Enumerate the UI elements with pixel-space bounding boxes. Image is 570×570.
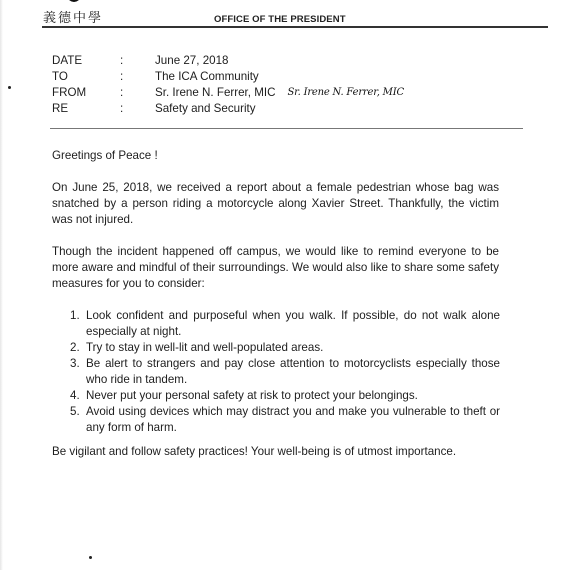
memo-label: TO: [52, 69, 120, 85]
safety-measures-list: 1.Look confident and purposeful when you…: [70, 308, 500, 436]
memo-row-re: RE : Safety and Security: [52, 101, 404, 117]
memo-label: FROM: [52, 85, 120, 101]
memo-page: 義德中學 OFFICE OF THE PRESIDENT DATE : June…: [0, 0, 570, 570]
memo-header: DATE : June 27, 2018 TO : The ICA Commun…: [52, 53, 404, 117]
memo-row-date: DATE : June 27, 2018: [52, 53, 404, 69]
memo-label: DATE: [52, 53, 120, 69]
school-name: 義德中學: [43, 7, 103, 26]
list-text: Try to stay in well-lit and well-populat…: [86, 340, 500, 356]
memo-colon: :: [120, 85, 155, 101]
memo-colon: :: [120, 69, 155, 85]
memo-value: June 27, 2018: [155, 53, 229, 69]
list-item: 1.Look confident and purposeful when you…: [70, 308, 500, 340]
memo-row-to: TO : The ICA Community: [52, 69, 404, 85]
memo-colon: :: [120, 53, 155, 69]
list-number: 5.: [70, 404, 86, 436]
list-number: 4.: [70, 388, 86, 404]
school-logo: [68, 0, 80, 2]
memo-value: The ICA Community: [155, 69, 259, 85]
memo-value: Sr. Irene N. Ferrer, MIC: [155, 85, 275, 101]
memo-row-from: FROM : Sr. Irene N. Ferrer, MIC Sr. Iren…: [52, 85, 404, 101]
office-title: OFFICE OF THE PRESIDENT: [214, 14, 346, 25]
list-number: 2.: [70, 340, 86, 356]
list-number: 1.: [70, 308, 86, 340]
scan-speck: [8, 86, 11, 89]
greeting: Greetings of Peace !: [52, 148, 499, 164]
list-item: 3.Be alert to strangers and pay close at…: [70, 356, 500, 388]
scan-speck: [89, 556, 92, 559]
memo-colon: :: [120, 101, 155, 117]
closing-statement: Be vigilant and follow safety practices!…: [52, 444, 499, 460]
list-text: Look confident and purposeful when you w…: [86, 308, 500, 340]
memo-separator: [50, 128, 523, 129]
list-item: 5.Avoid using devices which may distract…: [70, 404, 500, 436]
list-item: 4.Never put your personal safety at risk…: [70, 388, 500, 404]
memo-value: Safety and Security: [155, 101, 256, 117]
list-text: Be alert to strangers and pay close atte…: [86, 356, 500, 388]
paragraph-incident: On June 25, 2018, we received a report a…: [52, 180, 499, 228]
list-number: 3.: [70, 356, 86, 388]
handwritten-signature: Sr. Irene N. Ferrer, MIC: [287, 85, 403, 101]
paragraph-reminder: Though the incident happened off campus,…: [52, 244, 499, 292]
memo-label: RE: [52, 101, 120, 117]
scan-edge: [0, 0, 3, 570]
list-text: Avoid using devices which may distract y…: [86, 404, 500, 436]
list-item: 2.Try to stay in well-lit and well-popul…: [70, 340, 500, 356]
list-text: Never put your personal safety at risk t…: [86, 388, 500, 404]
header-divider: [42, 26, 548, 28]
